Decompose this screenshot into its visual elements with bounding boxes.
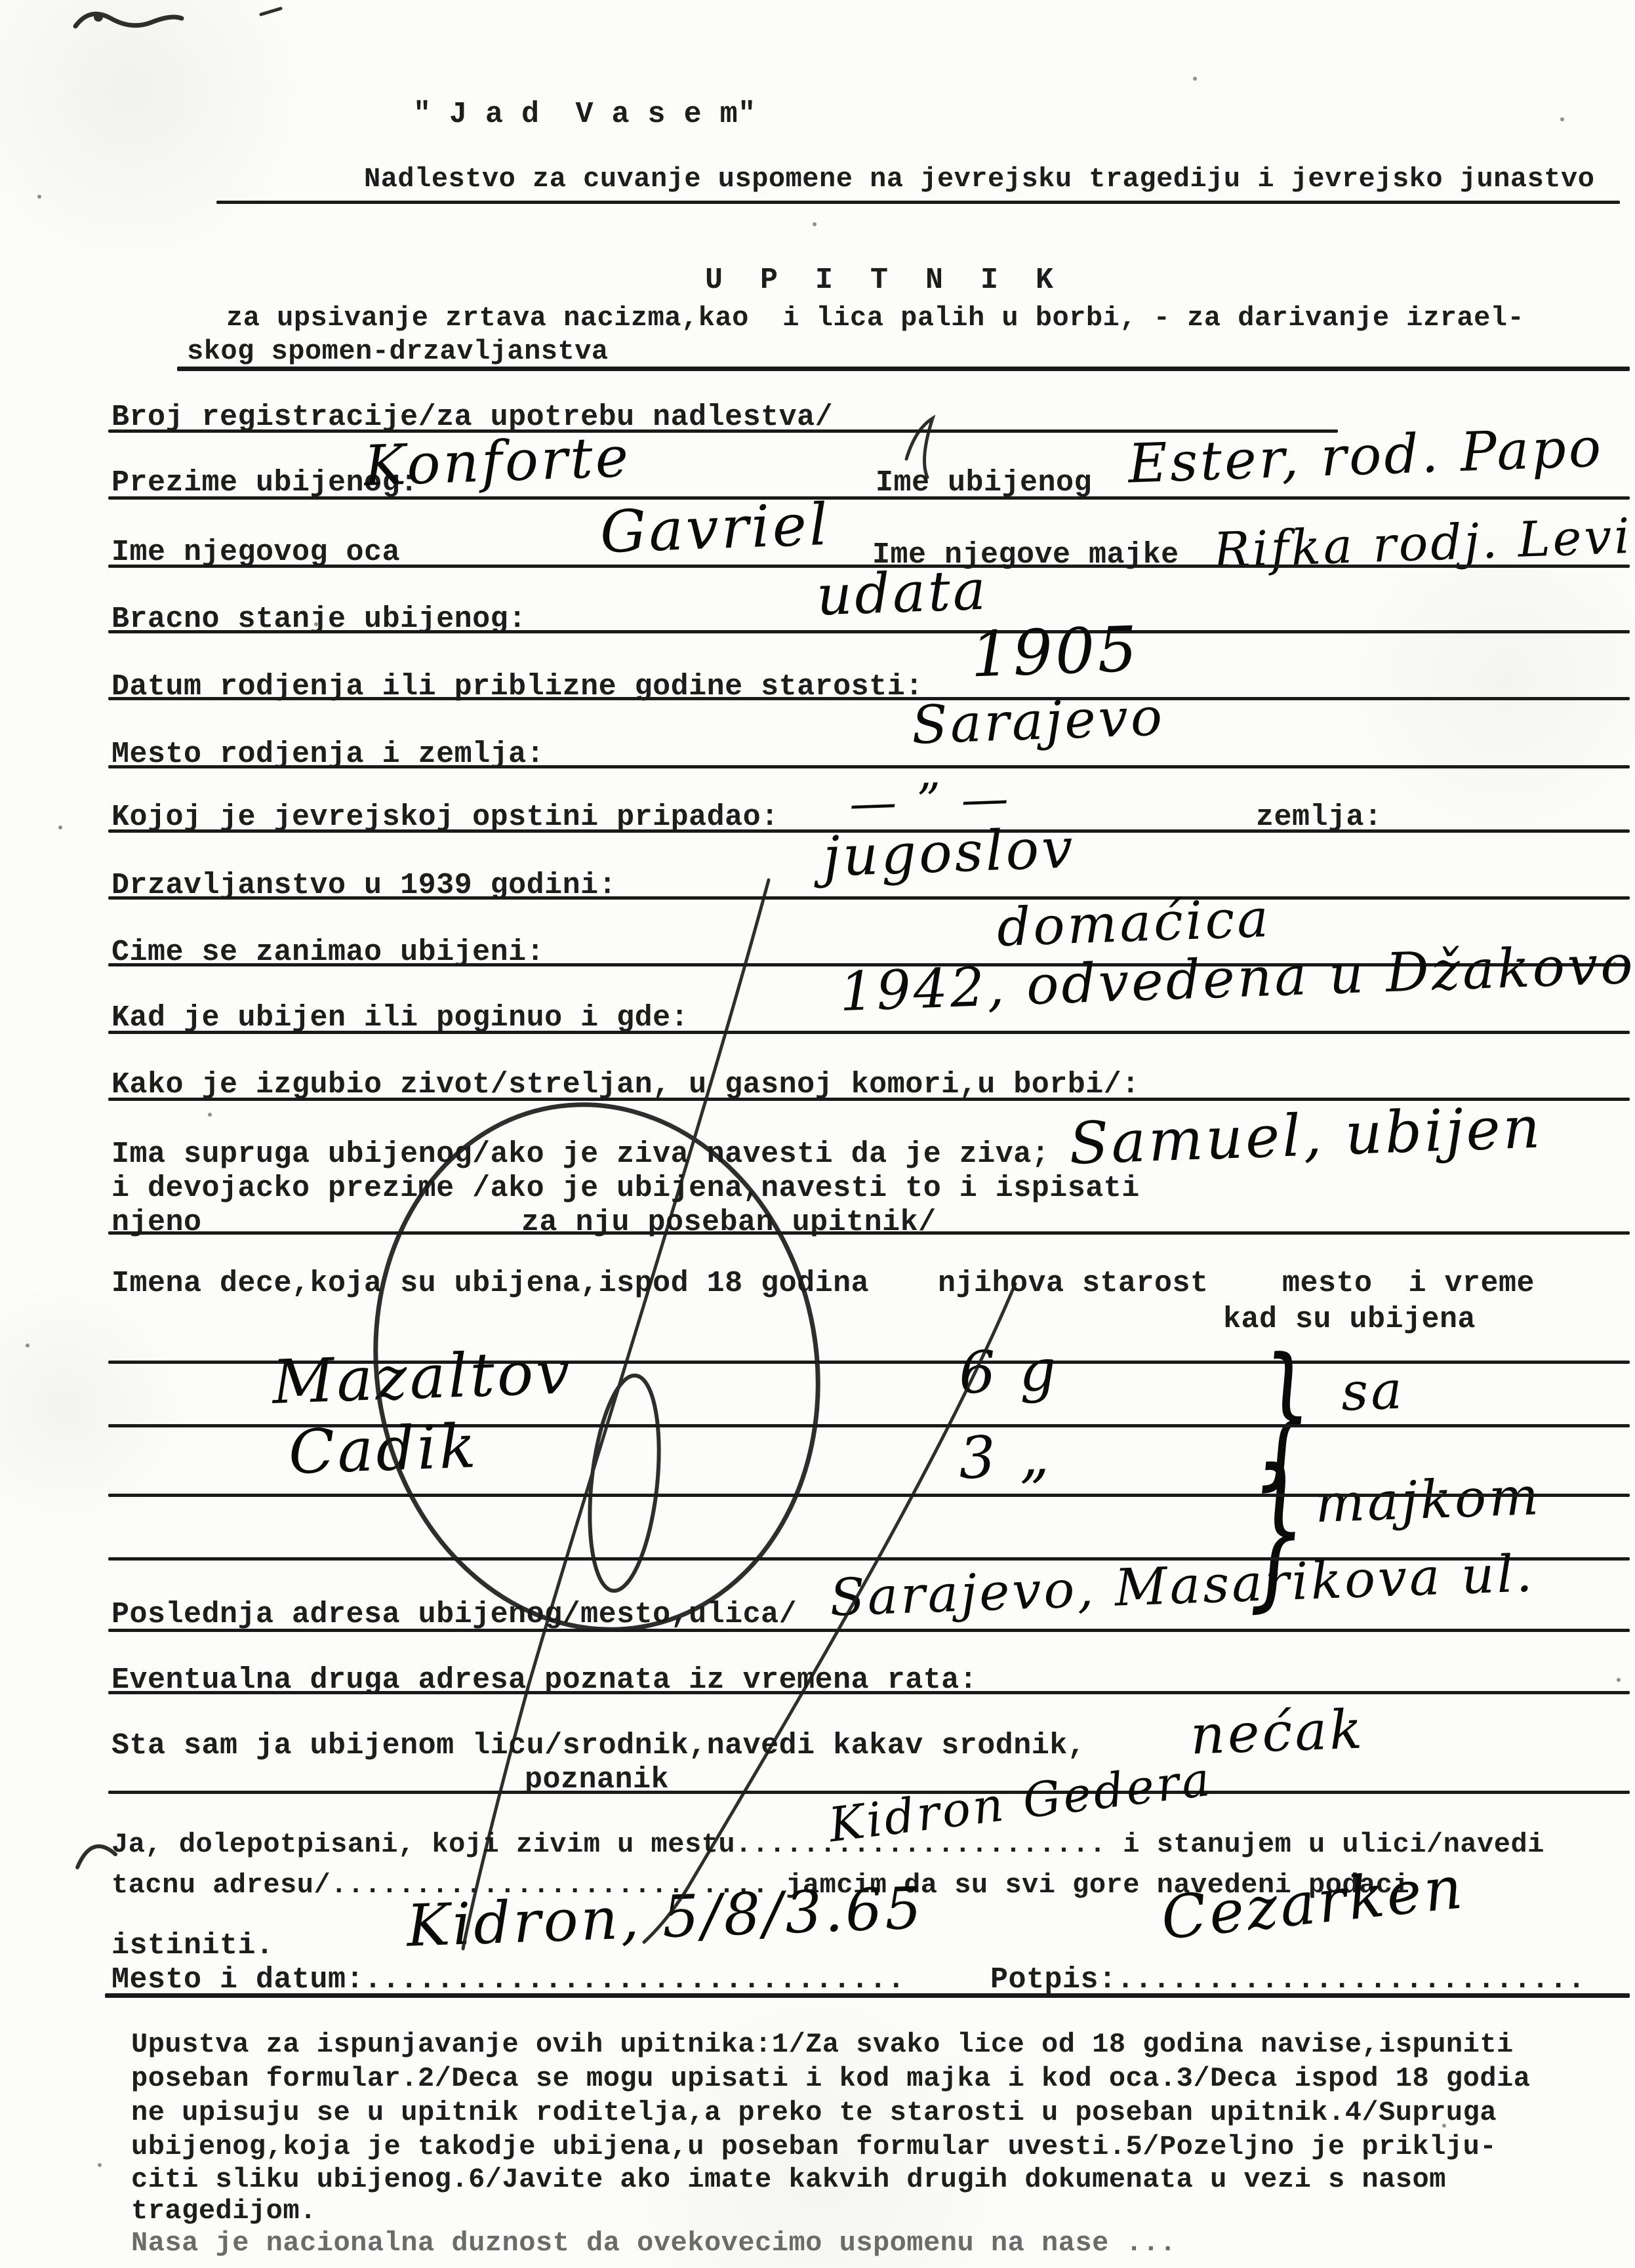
title-rule xyxy=(177,367,1630,371)
child-row-name: Cadik xyxy=(287,1416,479,1483)
instructions-line-faded: Nasa je nacionalna duznost da ovekovecim… xyxy=(131,2228,1177,2258)
organization-name: " J a d V a s e m" xyxy=(413,98,756,131)
field-occupation-value: domaćica xyxy=(996,892,1272,955)
field-birthplace-value: Sarajevo xyxy=(911,690,1166,751)
instructions-line: Upustva za ispunjavanje ovih upitnika:1/… xyxy=(131,2029,1514,2059)
rule-birthplace xyxy=(108,765,1630,768)
form-subtitle-line2: skog spomen-drzavljanstva xyxy=(187,336,609,367)
rule-citizenship xyxy=(108,896,1630,900)
field-spouse-label-line2: i devojacko prezime /ako je ubijena,nave… xyxy=(111,1172,1140,1205)
children-names-header: Imena dece,koja su ubijena,ispod 18 godi… xyxy=(111,1267,869,1300)
form-subtitle-line1: za upsivanje zrtava nacizma,kao i lica p… xyxy=(226,303,1524,333)
instructions-line: tragedijom. xyxy=(131,2196,317,2226)
field-spouse-label-line1: Ima supruga ubijenog/ako je ziva navesti… xyxy=(111,1138,1049,1171)
field-surname-value: Konforte xyxy=(363,429,632,494)
field-firstname-label: Ime ubijenog xyxy=(876,467,1092,500)
form-title: U P I T N I K xyxy=(705,264,1063,297)
instructions-line: ubijenog,koja je takodje ubijena,u poseb… xyxy=(131,2132,1497,2162)
field-marital-value: udata xyxy=(816,562,990,623)
declaration-placedate-value: Kidron, 5/8/3.65 xyxy=(406,1879,925,1955)
field-father-value: Gavriel xyxy=(599,496,832,561)
declaration-line1: Ja, dolepotpisani, koji zivim u mestu...… xyxy=(111,1829,1544,1860)
field-citizenship-value: jugoslov xyxy=(822,820,1076,884)
header-rule xyxy=(216,201,1620,204)
field-spouse-value: Samuel, ubijen xyxy=(1068,1098,1544,1172)
declaration-line3: istiniti. xyxy=(111,1930,274,1962)
field-birthdate-value: 1905 xyxy=(969,619,1140,687)
field-lastaddress-label: Poslednja adresa ubijenog/mesto,ulica/ xyxy=(111,1599,797,1631)
field-death-value: 1942, odvedena u Džakovo xyxy=(839,938,1635,1020)
child-row-note: majkom xyxy=(1314,1470,1542,1530)
child-row-age: 6 g xyxy=(958,1341,1060,1402)
field-relation-value: nećak xyxy=(1190,1703,1366,1762)
instructions-line: citi sliku ubijenog.6/Javite ako imate k… xyxy=(131,2164,1446,2195)
rule-surname xyxy=(108,496,1630,500)
declaration-signature-label: Potpis:.......................... xyxy=(990,1964,1586,1997)
rule-otheraddress xyxy=(108,1691,1630,1694)
children-age-header: njihova starost xyxy=(938,1267,1209,1300)
rule-death xyxy=(108,1031,1630,1034)
rule-marital xyxy=(108,630,1630,633)
instructions-line: poseban formular.2/Deca se mogu upisati … xyxy=(131,2063,1530,2094)
field-relation-label-line1: Sta sam ja ubijenom licu/srodnik,navedi … xyxy=(111,1730,1085,1762)
child-row-name: Mazaltov xyxy=(272,1342,574,1413)
rule-birthdate xyxy=(108,697,1630,700)
field-death-label: Kad je ubijen ili poginuo i gde: xyxy=(111,1002,689,1035)
children-place-header-line1: mesto i vreme xyxy=(1282,1267,1535,1300)
rule-declaration xyxy=(105,1993,1630,1998)
child-row-age: 3 „ xyxy=(958,1427,1053,1488)
rule-lastaddress xyxy=(108,1629,1630,1632)
instructions-line: ne upisuju se u upitnik roditelja,a prek… xyxy=(131,2098,1497,2128)
rule-spouse xyxy=(108,1231,1630,1235)
field-firstname-value: Ester, rod. Papo xyxy=(1127,421,1605,491)
child-row-note: sa xyxy=(1341,1364,1405,1418)
rule-children-3 xyxy=(108,1494,1630,1497)
organization-subtitle: Nadlestvo za cuvanje uspomene na jevrejs… xyxy=(364,164,1594,194)
scanned-questionnaire-page: " J a d V a s e m" Nadlestvo za cuvanje … xyxy=(0,0,1635,2268)
field-deathmanner-label: Kako je izgubio zivot/streljan, u gasnoj… xyxy=(111,1069,1140,1102)
declaration-placedate-label: Mesto i datum:..........................… xyxy=(111,1964,905,1997)
